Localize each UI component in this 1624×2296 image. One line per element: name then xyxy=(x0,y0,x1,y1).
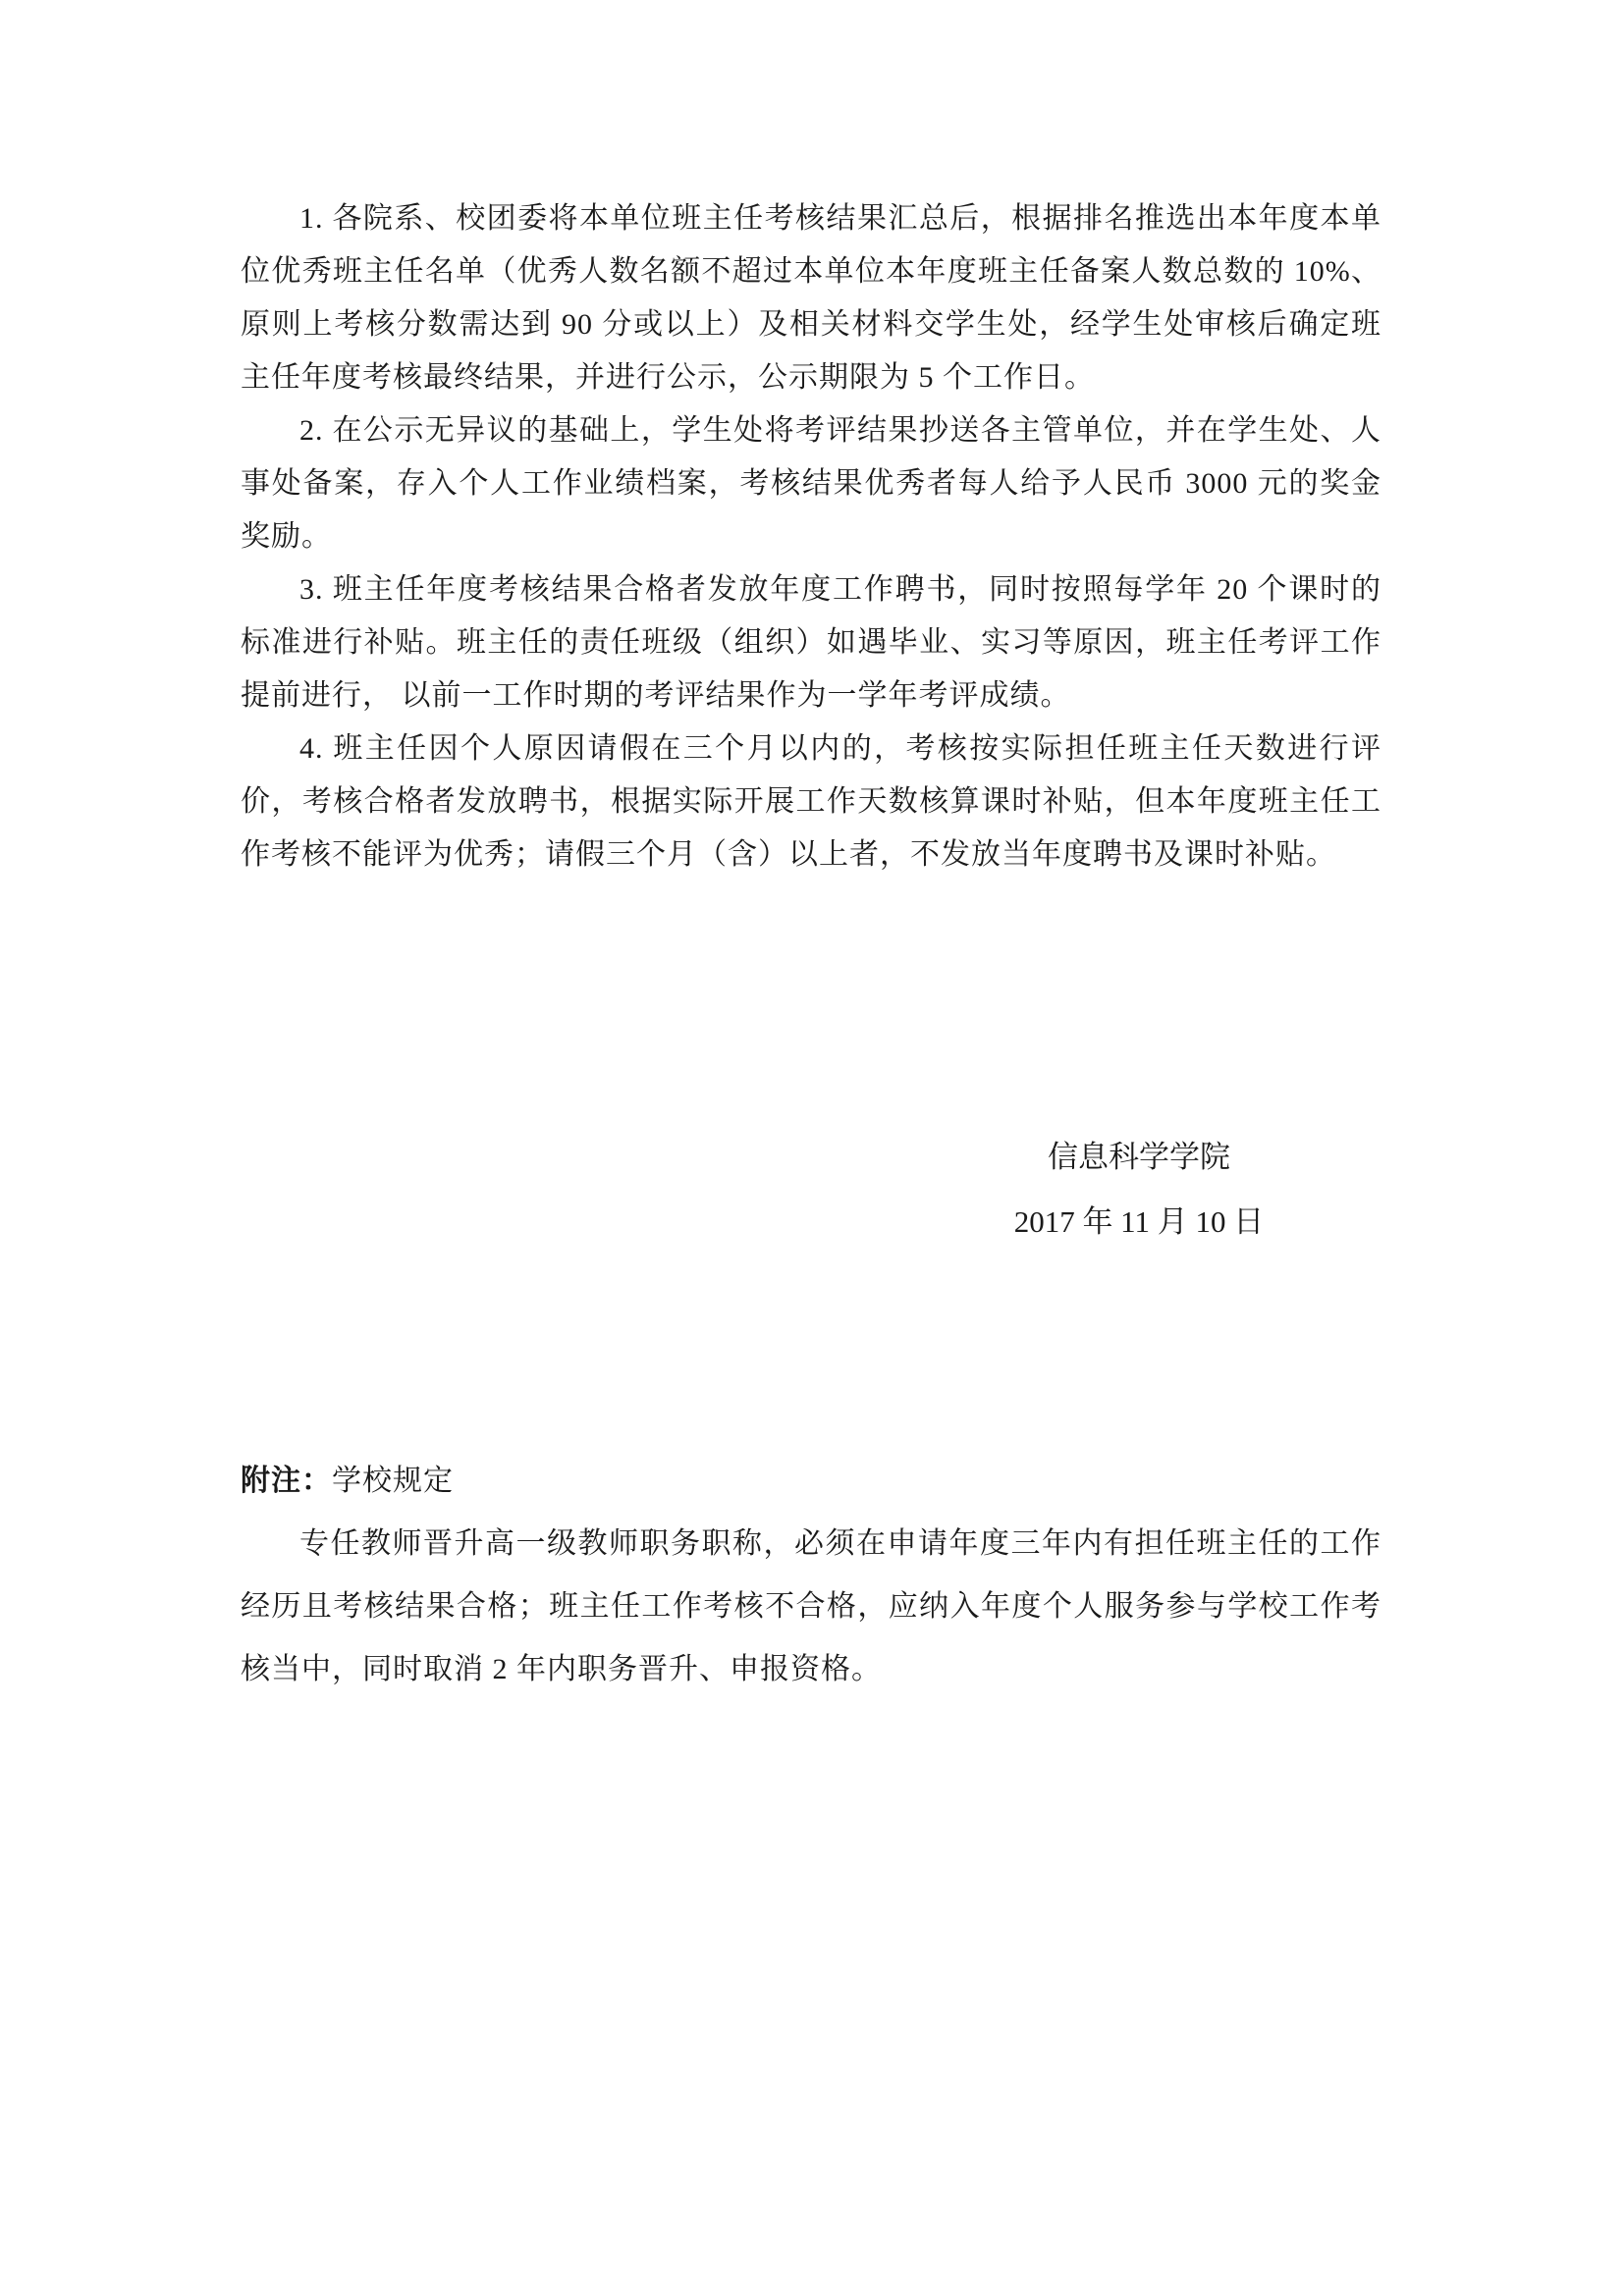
paragraph-2: 2. 在公示无异议的基础上，学生处将考评结果抄送各主管单位，并在学生处、人事处备… xyxy=(241,404,1381,563)
appendix-label: 附注： xyxy=(241,1465,332,1497)
appendix-paragraph: 专任教师晋升高一级教师职务职称，必须在申请年度三年内有担任班主任的工作经历且考核… xyxy=(241,1513,1381,1701)
paragraph-1: 1. 各院系、校团委将本单位班主任考核结果汇总后，根据排名推选出本年度本单位优秀… xyxy=(241,192,1381,404)
signature-block: 信息科学学院 2017 年 11 月 10 日 xyxy=(913,1125,1365,1255)
policy-paragraphs: 1. 各院系、校团委将本单位班主任考核结果汇总后，根据排名推选出本年度本单位优秀… xyxy=(241,192,1381,881)
paragraph-3: 3. 班主任年度考核结果合格者发放年度工作聘书，同时按照每学年 20 个课时的标… xyxy=(241,563,1381,722)
paragraph-4: 4. 班主任因个人原因请假在三个月以内的，考核按实际担任班主任天数进行评价，考核… xyxy=(241,722,1381,881)
signature-date: 2017 年 11 月 10 日 xyxy=(913,1190,1365,1255)
signature-org: 信息科学学院 xyxy=(913,1125,1365,1190)
appendix-title: 学校规定 xyxy=(332,1465,454,1497)
appendix-section: 附注：学校规定 专任教师晋升高一级教师职务职称，必须在申请年度三年内有担任班主任… xyxy=(241,1450,1381,1701)
document-page: 1. 各院系、校团委将本单位班主任考核结果汇总后，根据排名推选出本年度本单位优秀… xyxy=(0,0,1624,2296)
appendix-heading: 附注：学校规定 xyxy=(241,1450,1381,1513)
